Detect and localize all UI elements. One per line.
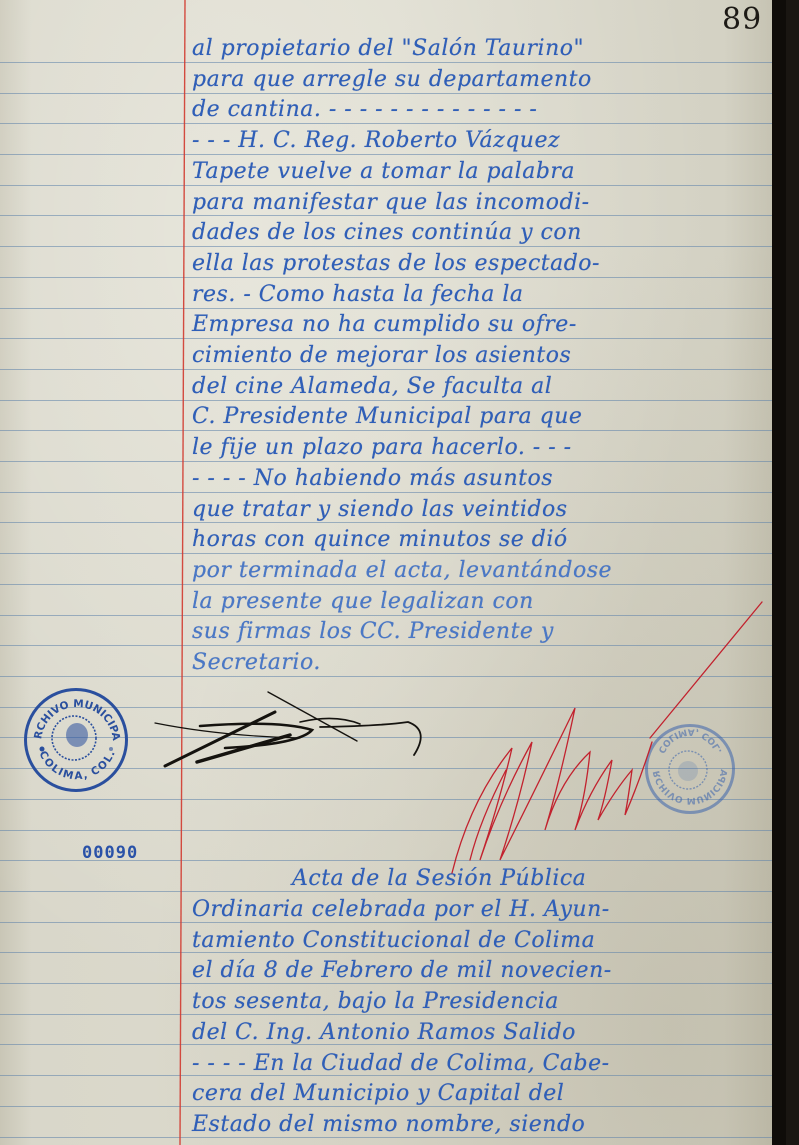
- ruled-line: [0, 246, 786, 247]
- ruled-line: [0, 1106, 786, 1107]
- archive-stamp-right: ARCHIVO MUNICIPAL COLIMA, COL.: [645, 724, 735, 814]
- ruled-line: [0, 338, 786, 339]
- handwritten-line: horas con quince minutos se dió: [192, 527, 782, 552]
- handwritten-line: de cantina. - - - - - - - - - - - - - -: [192, 97, 782, 122]
- page-number: 89: [722, 2, 762, 37]
- handwritten-line: Empresa no ha cumplido su ofre-: [192, 312, 782, 337]
- handwritten-line: para manifestar que las incomodi-: [192, 190, 782, 215]
- handwritten-line: del C. Ing. Antonio Ramos Salido: [192, 1020, 782, 1045]
- handwritten-line: tos sesenta, bajo la Presidencia: [192, 989, 782, 1014]
- ruled-line: [0, 1137, 786, 1138]
- page-edge-shadow: [772, 0, 786, 1145]
- handwritten-line: Secretario.: [192, 650, 782, 675]
- ruled-line: [0, 215, 786, 216]
- ruled-line: [0, 1014, 786, 1015]
- handwritten-line: C. Presidente Municipal para que: [192, 404, 782, 429]
- handwritten-line: el día 8 de Febrero de mil novecien-: [192, 958, 782, 983]
- minutes-title-line: Acta de la Sesión Pública: [192, 866, 786, 891]
- ruled-line: [0, 522, 786, 523]
- ruled-line: [0, 123, 786, 124]
- ruled-line: [0, 983, 786, 984]
- signature-black: [155, 692, 421, 766]
- ruled-line: [0, 400, 786, 401]
- ruled-line: [0, 461, 786, 462]
- ruled-line: [0, 922, 786, 923]
- ruled-line: [0, 584, 786, 585]
- handwritten-line: res. - Como hasta la fecha la: [192, 282, 782, 307]
- handwritten-line: Estado del mismo nombre, siendo: [192, 1112, 782, 1137]
- handwritten-line: - - - - No habiendo más asuntos: [192, 466, 782, 491]
- ruled-line: [0, 93, 786, 94]
- ruled-line: [0, 492, 786, 493]
- handwritten-line: cimiento de mejorar los asientos: [192, 343, 782, 368]
- handwritten-line: dades de los cines continúa y con: [192, 220, 782, 245]
- ruled-line: [0, 430, 786, 431]
- ruled-line: [0, 676, 786, 677]
- handwritten-line: por terminada el acta, levantándose: [192, 558, 782, 583]
- handwritten-line: le fije un plazo para hacerlo. - - -: [192, 435, 782, 460]
- archive-stamp-left: ARCHIVO MUNICIPAL COLIMA, COL.: [24, 688, 128, 792]
- ruled-line: [0, 553, 786, 554]
- ruled-line: [0, 369, 786, 370]
- handwritten-line: para que arregle su departamento: [192, 67, 782, 92]
- handwritten-line: que tratar y siendo las veintidos: [192, 497, 782, 522]
- handwritten-line: la presente que legalizan con: [192, 589, 782, 614]
- svg-text:COLIMA, COL.: COLIMA, COL.: [656, 727, 725, 755]
- ruled-line: [0, 185, 786, 186]
- ruled-line: [0, 830, 786, 831]
- handwritten-line: - - - - En la Ciudad de Colima, Cabe-: [192, 1051, 782, 1076]
- ledger-page: 89 al propietario del "Salón Taurino"par…: [0, 0, 786, 1145]
- ruled-line: [0, 308, 786, 309]
- handwritten-line: tamiento Constitucional de Colima: [192, 928, 782, 953]
- handwritten-line: Ordinaria celebrada por el H. Ayun-: [192, 897, 782, 922]
- ruled-line: [0, 62, 786, 63]
- folio-number: 00090: [82, 843, 138, 863]
- handwritten-line: cera del Municipio y Capital del: [192, 1081, 782, 1106]
- ruled-line: [0, 891, 786, 892]
- handwritten-line: sus firmas los CC. Presidente y: [192, 619, 782, 644]
- ruled-line: [0, 154, 786, 155]
- handwritten-line: - - - H. C. Reg. Roberto Vázquez: [192, 128, 782, 153]
- handwritten-line: del cine Alameda, Se faculta al: [192, 374, 782, 399]
- svg-text:COLIMA, COL.: COLIMA, COL.: [36, 749, 117, 782]
- ruled-line: [0, 645, 786, 646]
- stamp-bottom-text: COLIMA, COL.: [36, 749, 117, 782]
- handwritten-line: al propietario del "Salón Taurino": [192, 36, 782, 61]
- handwritten-line: ella las protestas de los espectado-: [192, 251, 782, 276]
- ruled-line: [0, 277, 786, 278]
- handwritten-line: Tapete vuelve a tomar la palabra: [192, 159, 782, 184]
- ruled-line: [0, 615, 786, 616]
